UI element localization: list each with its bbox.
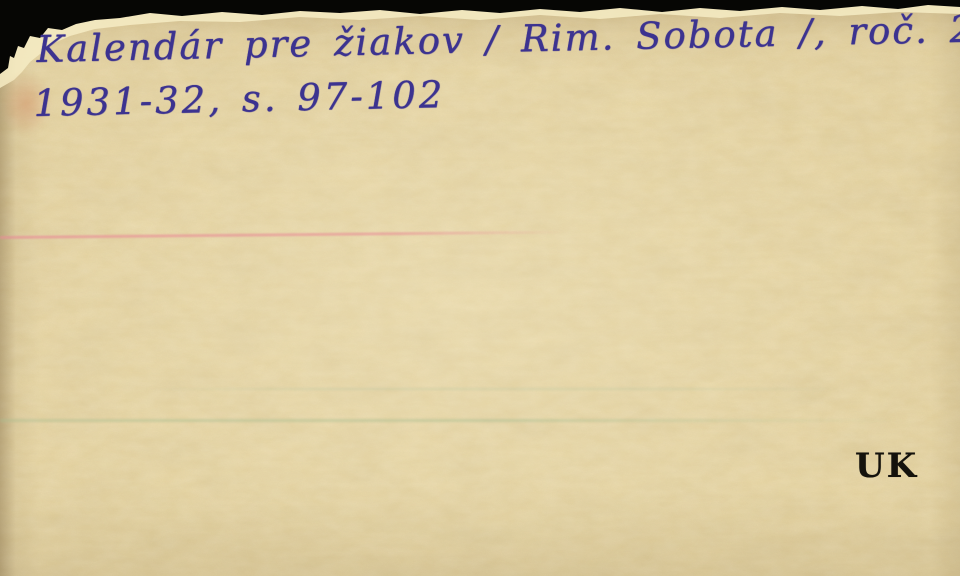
handwritten-year-pages-line: 1931-32, s. 97-102 xyxy=(33,73,446,125)
uk-library-stamp: UK xyxy=(855,446,918,486)
catalog-card-scan: Kalendár pre žiakov / Rim. Sobota /, roč… xyxy=(0,0,960,576)
green-rule-line xyxy=(0,419,932,422)
faint-rule-line xyxy=(140,388,850,390)
pink-rule-line xyxy=(0,231,566,239)
